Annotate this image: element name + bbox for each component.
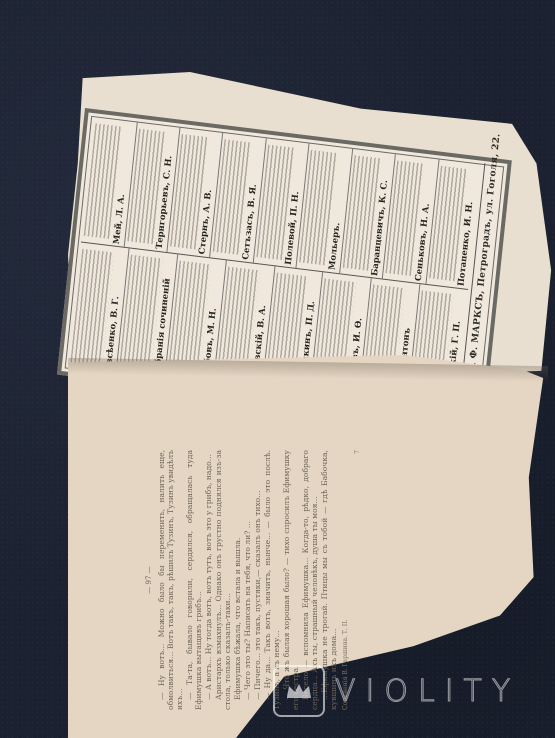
paragraph: — А вотъ... Ну тогда вотъ, вотъ тутъ, во… xyxy=(204,450,213,710)
page-number: — 97 — xyxy=(145,450,154,710)
author-name: Мольеръ. xyxy=(327,222,342,271)
paragraph: — Та-та, бывало говорили, сердился, обра… xyxy=(185,450,203,710)
paragraph: Аристархъ взмахнулъ... Однако онъ грустн… xyxy=(214,450,232,710)
crown-icon xyxy=(273,665,325,717)
watermark-text: VIOLITY xyxy=(335,674,520,709)
paragraph: — Ну вотъ... Можно было бы переменить, н… xyxy=(157,450,184,710)
watermark: VIOLITY xyxy=(273,665,520,717)
paragraph: Ефимушка бѣжала, что встала и вышла. xyxy=(233,450,242,710)
paragraph: — Чего это ты? Написать на тебя, что ли?… xyxy=(243,450,252,710)
paragraph: — Пичего... это такъ, пустяки,— сказалъ … xyxy=(253,450,262,710)
